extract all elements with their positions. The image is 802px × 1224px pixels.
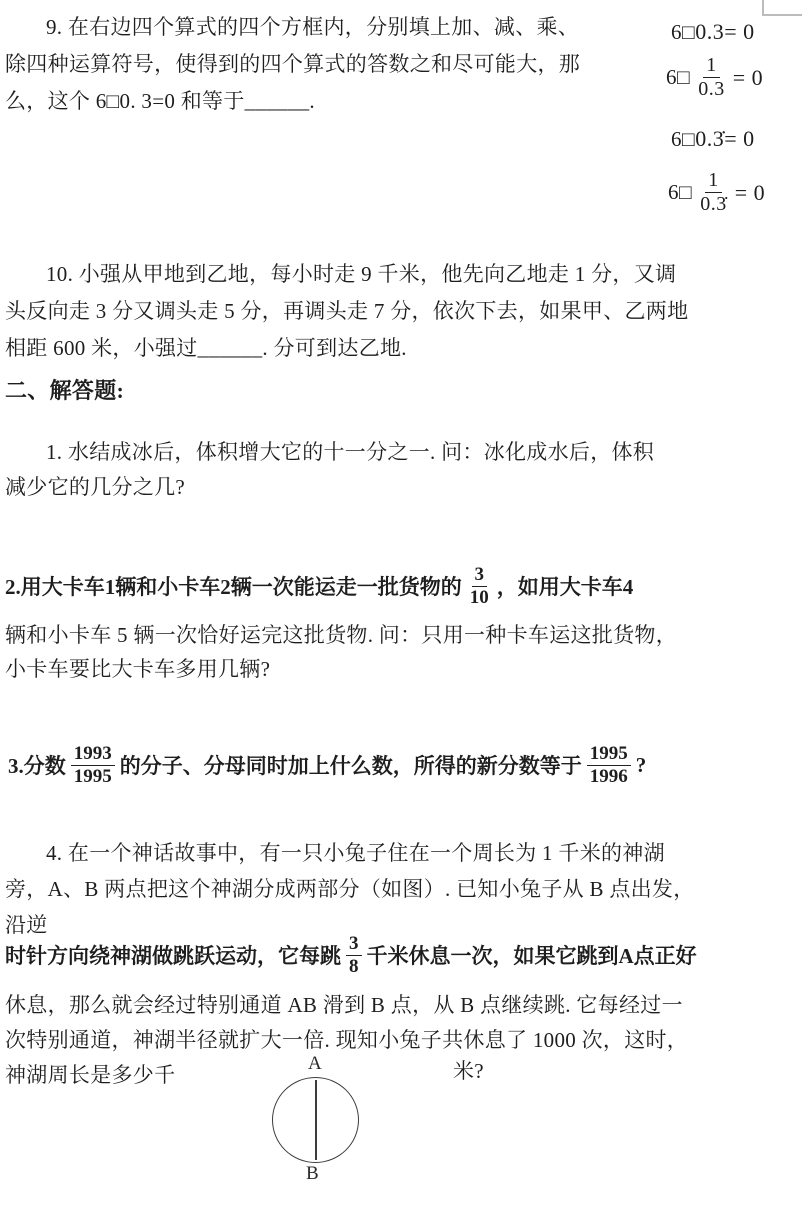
- fraction-1995-1996: 1995 1996: [587, 744, 631, 787]
- equation-2-rhs: = 0: [733, 65, 763, 91]
- equation-2: 6□ 1 0.3 = 0: [666, 55, 763, 100]
- fraction-numerator: 1995: [587, 744, 631, 766]
- equation-4-lhs: 6□: [668, 180, 692, 205]
- s2-problem-2-line-1-post: ，如用大卡车4: [497, 571, 634, 601]
- problem-9-line-1: 9. 在右边四个算式的四个方框内，分别填上加、减、乘、: [46, 14, 579, 41]
- problem-10-line-3: 相距 600 米，小强过______. 分可到达乙地.: [5, 335, 407, 362]
- s2-problem-3-pre: 3.分数: [8, 750, 66, 780]
- s2-problem-2-line-1-pre: 2.用大卡车1辆和小卡车2辆一次能运走一批货物的: [5, 571, 462, 601]
- s2-problem-3-mid: 的分子、分母同时加上什么数，所得的新分数等于: [120, 750, 582, 780]
- equation-3-rhs: = 0: [724, 126, 754, 152]
- diagram-label-b: B: [306, 1163, 319, 1185]
- chord-ab-line: [315, 1080, 317, 1160]
- s2-problem-2-line-3: 小卡车要比大卡车多用几辆?: [5, 656, 270, 683]
- problem-9-line-2: 除四种运算符号，使得到的四个算式的答数之和尽可能大，那: [5, 51, 580, 78]
- fraction-numerator: 1: [705, 170, 722, 193]
- equation-4: 6□ 1 0.3̇ = 0: [668, 170, 765, 215]
- s2-problem-3-post: ?: [636, 753, 647, 778]
- s2-problem-4-line-7-pre: 神湖周长是多少千: [5, 1062, 175, 1089]
- fraction-denominator: 0.3̇: [697, 193, 730, 215]
- equation-4-rhs: = 0: [735, 180, 765, 206]
- fraction-3-10: 3 10: [467, 565, 492, 608]
- fraction-numerator: 3: [346, 934, 362, 956]
- equation-1: 6□0.3 = 0: [671, 19, 755, 45]
- fraction-numerator: 1: [703, 55, 720, 78]
- equation-1-lhs: 6□: [671, 20, 695, 45]
- s2-problem-4-line-6: 次特别通道，神湖半径就扩大一倍. 现知小兔子共休息了 1000 次，这时，: [5, 1027, 688, 1054]
- textbox-corner-artifact: [762, 0, 802, 16]
- fraction-3-8: 3 8: [346, 934, 362, 977]
- equation-4-fraction: 1 0.3̇: [697, 170, 730, 215]
- s2-problem-2-line-2: 辆和小卡车 5 辆一次恰好运完这批货物. 问：只用一种卡车运这批货物，: [5, 622, 677, 649]
- fraction-1993-1995: 1993 1995: [71, 744, 115, 787]
- problem-10-line-2: 头反向走 3 分又调头走 5 分，再调头走 7 分，依次下去，如果甲、乙两地: [5, 298, 688, 325]
- s2-problem-2-line-1: 2.用大卡车1辆和小卡车2辆一次能运走一批货物的 3 10 ，如用大卡车4: [5, 560, 633, 612]
- s2-problem-4-line-4-pre: 时针方向绕神湖做跳跃运动，它每跳: [5, 940, 341, 970]
- fraction-denominator: 8: [346, 956, 362, 977]
- fraction-numerator: 1993: [71, 744, 115, 766]
- s2-problem-1-line-1: 1. 水结成冰后，体积增大它的十一分之一. 问：冰化成水后，体积: [46, 439, 654, 466]
- worksheet-page: 9. 在右边四个算式的四个方框内，分别填上加、减、乘、 除四种运算符号，使得到的…: [0, 0, 802, 1224]
- s2-problem-4-line-4: 时针方向绕神湖做跳跃运动，它每跳 3 8 千米休息一次，如果它跳到A点正好: [5, 930, 697, 980]
- equation-2-lhs: 6□: [666, 65, 690, 90]
- s2-problem-4-line-5: 休息，那么就会经过特别通道 AB 滑到 B 点，从 B 点继续跳. 它每经过一: [5, 992, 683, 1019]
- equation-3: 6□0.3̇ = 0: [671, 126, 755, 152]
- equation-1-rhs: = 0: [724, 19, 754, 45]
- s2-problem-1-line-2: 减少它的几分之几?: [5, 474, 185, 501]
- fraction-denominator: 10: [467, 587, 492, 608]
- section-2-title: 二、解答题:: [5, 377, 124, 404]
- s2-problem-4-line-4-post: 千米休息一次，如果它跳到A点正好: [367, 940, 697, 970]
- equation-3-value: 0.3̇: [695, 126, 724, 152]
- fraction-numerator: 3: [472, 565, 488, 587]
- problem-10-line-1: 10. 小强从甲地到乙地，每小时走 9 千米，他先向乙地走 1 分，又调: [46, 261, 676, 288]
- equation-1-value: 0.3: [695, 19, 724, 45]
- s2-problem-3: 3.分数 1993 1995 的分子、分母同时加上什么数，所得的新分数等于 19…: [8, 738, 646, 792]
- problem-9-line-3: 么，这个 6□0. 3=0 和等于______.: [5, 88, 315, 115]
- fraction-denominator: 1995: [71, 766, 115, 787]
- s2-problem-4-line-2: 旁，A、B 两点把这个神湖分成两部分（如图）. 已知小兔子从 B 点出发，: [5, 876, 695, 903]
- equation-3-lhs: 6□: [671, 127, 695, 152]
- diagram-label-a: A: [308, 1053, 322, 1075]
- fraction-denominator: 0.3: [695, 78, 728, 100]
- s2-problem-4-line-7-post: 米?: [453, 1058, 484, 1085]
- equation-2-fraction: 1 0.3: [695, 55, 728, 100]
- s2-problem-4-line-1: 4. 在一个神话故事中，有一只小兔子住在一个周长为 1 千米的神湖: [46, 840, 665, 867]
- fraction-denominator: 1996: [587, 766, 631, 787]
